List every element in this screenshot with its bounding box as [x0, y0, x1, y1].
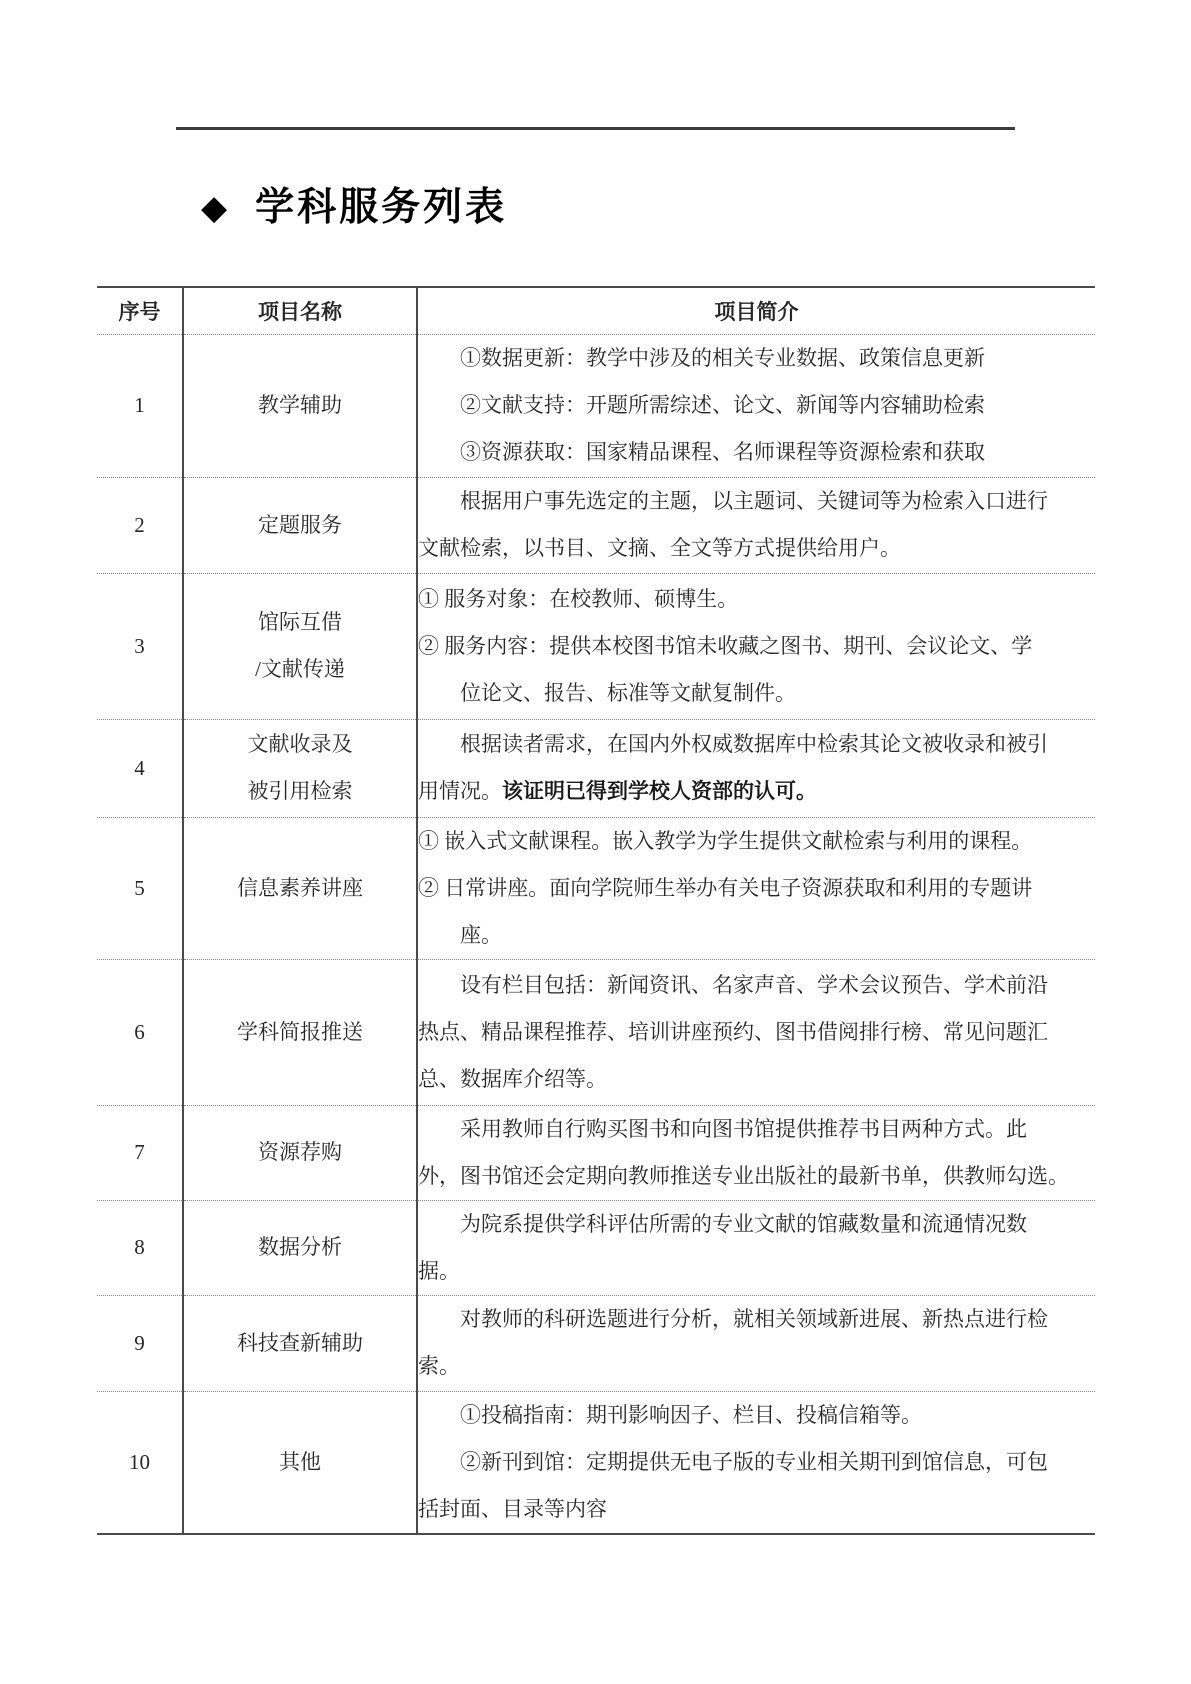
name-line: /文献传递 [184, 646, 416, 693]
name-line: 定题服务 [184, 502, 416, 549]
desc-line: ①投稿指南：期刊影响因子、栏目、投稿信箱等。 [418, 1392, 1095, 1439]
desc-line: 对教师的科研选题进行分析，就相关领域新进展、新热点进行检 [418, 1296, 1095, 1343]
table-row: 6 学科简报推送 设有栏目包括：新闻资讯、名家声音、学术会议预告、学术前沿 热点… [97, 959, 1095, 1105]
project-desc-cell: 采用教师自行购买图书和向图书馆提供推荐书目两种方式。此 外，图书馆还会定期向教师… [417, 1105, 1095, 1200]
service-table: 序号 项目名称 项目简介 1 教学辅助 ①数据更新：教学中涉及的相关专业数据、政… [97, 286, 1095, 1535]
row-number-cell: 4 [97, 719, 183, 817]
table-row: 7 资源荐购 采用教师自行购买图书和向图书馆提供推荐书目两种方式。此 外，图书馆… [97, 1105, 1095, 1200]
desc-line: 位论文、报告、标准等文献复制件。 [418, 670, 1095, 717]
row-number-cell: 3 [97, 573, 183, 719]
desc-line: 文献检索，以书目、文摘、全文等方式提供给用户。 [418, 525, 1095, 572]
desc-line: 用情况。该证明已得到学校人资部的认可。 [418, 768, 1095, 815]
name-line: 被引用检索 [184, 768, 416, 815]
desc-line: ② 日常讲座。面向学院师生举办有关电子资源获取和利用的专题讲 [418, 865, 1095, 912]
diamond-bullet-icon: ◆ [201, 183, 227, 233]
table-row: 8 数据分析 为院系提供学科评估所需的专业文献的馆藏数量和流通情况数 据。 [97, 1200, 1095, 1295]
row-number-cell: 7 [97, 1105, 183, 1200]
desc-line: ②文献支持：开题所需综述、论文、新闻等内容辅助检索 [418, 382, 1095, 429]
col-header-name: 项目名称 [183, 287, 417, 334]
table-row: 5 信息素养讲座 ① 嵌入式文献课程。嵌入教学为学生提供文献检索与利用的课程。 … [97, 817, 1095, 959]
name-line: 其他 [184, 1439, 416, 1486]
desc-line: 设有栏目包括：新闻资讯、名家声音、学术会议预告、学术前沿 [418, 962, 1095, 1009]
desc-line: 采用教师自行购买图书和向图书馆提供推荐书目两种方式。此 [418, 1106, 1095, 1153]
row-number-cell: 1 [97, 334, 183, 477]
project-desc-cell: 根据读者需求，在国内外权威数据库中检索其论文被收录和被引 用情况。该证明已得到学… [417, 719, 1095, 817]
project-desc-cell: ① 嵌入式文献课程。嵌入教学为学生提供文献检索与利用的课程。 ② 日常讲座。面向… [417, 817, 1095, 959]
desc-line: 根据读者需求，在国内外权威数据库中检索其论文被收录和被引 [418, 721, 1095, 768]
table-row: 2 定题服务 根据用户事先选定的主题，以主题词、关键词等为检索入口进行 文献检索… [97, 477, 1095, 573]
project-desc-cell: 设有栏目包括：新闻资讯、名家声音、学术会议预告、学术前沿 热点、精品课程推荐、培… [417, 959, 1095, 1105]
row-number-cell: 5 [97, 817, 183, 959]
desc-line: ② 服务内容：提供本校图书馆未收藏之图书、期刊、会议论文、学 [418, 623, 1095, 670]
name-line: 数据分析 [184, 1224, 416, 1271]
col-header-desc: 项目简介 [417, 287, 1095, 334]
desc-line: ③资源获取：国家精品课程、名师课程等资源检索和获取 [418, 429, 1095, 476]
col-header-no: 序号 [97, 287, 183, 334]
desc-line: 括封面、目录等内容 [418, 1486, 1095, 1533]
project-name-cell: 科技查新辅助 [183, 1295, 417, 1391]
project-name-cell: 其他 [183, 1391, 417, 1534]
desc-line: 据。 [418, 1248, 1095, 1295]
document-page: ◆ 学科服务列表 序号 项目名称 项目简介 1 教学辅助 ①数据更新：教学中涉及… [0, 0, 1191, 1684]
name-line: 教学辅助 [184, 382, 416, 429]
table-row: 3 馆际互借 /文献传递 ① 服务对象：在校教师、硕博生。 ② 服务内容：提供本… [97, 573, 1095, 719]
table-row: 9 科技查新辅助 对教师的科研选题进行分析，就相关领域新进展、新热点进行检 索。 [97, 1295, 1095, 1391]
project-name-cell: 馆际互借 /文献传递 [183, 573, 417, 719]
project-desc-cell: 为院系提供学科评估所需的专业文献的馆藏数量和流通情况数 据。 [417, 1200, 1095, 1295]
row-number-cell: 8 [97, 1200, 183, 1295]
row-number-cell: 2 [97, 477, 183, 573]
desc-line: ①数据更新：教学中涉及的相关专业数据、政策信息更新 [418, 335, 1095, 382]
project-name-cell: 教学辅助 [183, 334, 417, 477]
desc-line: 为院系提供学科评估所需的专业文献的馆藏数量和流通情况数 [418, 1201, 1095, 1248]
table-row: 10 其他 ①投稿指南：期刊影响因子、栏目、投稿信箱等。 ②新刊到馆：定期提供无… [97, 1391, 1095, 1534]
section-title: ◆ 学科服务列表 [201, 183, 507, 233]
desc-bold-note: 该证明已得到学校人资部的认可。 [502, 779, 817, 803]
project-desc-cell: 根据用户事先选定的主题，以主题词、关键词等为检索入口进行 文献检索，以书目、文摘… [417, 477, 1095, 573]
desc-line: 根据用户事先选定的主题，以主题词、关键词等为检索入口进行 [418, 478, 1095, 525]
desc-line: 座。 [418, 912, 1095, 959]
project-name-cell: 定题服务 [183, 477, 417, 573]
desc-line: 索。 [418, 1343, 1095, 1390]
desc-line: ②新刊到馆：定期提供无电子版的专业相关期刊到馆信息，可包 [418, 1439, 1095, 1486]
project-name-cell: 数据分析 [183, 1200, 417, 1295]
project-desc-cell: 对教师的科研选题进行分析，就相关领域新进展、新热点进行检 索。 [417, 1295, 1095, 1391]
row-number-cell: 6 [97, 959, 183, 1105]
project-name-cell: 学科简报推送 [183, 959, 417, 1105]
desc-line: ① 服务对象：在校教师、硕博生。 [418, 576, 1095, 623]
section-title-text: 学科服务列表 [255, 183, 507, 233]
project-desc-cell: ① 服务对象：在校教师、硕博生。 ② 服务内容：提供本校图书馆未收藏之图书、期刊… [417, 573, 1095, 719]
project-desc-cell: ①投稿指南：期刊影响因子、栏目、投稿信箱等。 ②新刊到馆：定期提供无电子版的专业… [417, 1391, 1095, 1534]
desc-line-normal: 用情况。 [418, 779, 502, 803]
row-number-cell: 10 [97, 1391, 183, 1534]
project-name-cell: 资源荐购 [183, 1105, 417, 1200]
desc-line: 外，图书馆还会定期向教师推送专业出版社的最新书单，供教师勾选。 [418, 1153, 1095, 1200]
row-number-cell: 9 [97, 1295, 183, 1391]
project-desc-cell: ①数据更新：教学中涉及的相关专业数据、政策信息更新 ②文献支持：开题所需综述、论… [417, 334, 1095, 477]
name-line: 科技查新辅助 [184, 1320, 416, 1367]
page-header-rule [176, 127, 1015, 130]
name-line: 文献收录及 [184, 721, 416, 768]
name-line: 学科简报推送 [184, 1009, 416, 1056]
name-line: 信息素养讲座 [184, 865, 416, 912]
table-header-row: 序号 项目名称 项目简介 [97, 287, 1095, 334]
table-row: 4 文献收录及 被引用检索 根据读者需求，在国内外权威数据库中检索其论文被收录和… [97, 719, 1095, 817]
table-row: 1 教学辅助 ①数据更新：教学中涉及的相关专业数据、政策信息更新 ②文献支持：开… [97, 334, 1095, 477]
desc-line: 总、数据库介绍等。 [418, 1056, 1095, 1103]
name-line: 馆际互借 [184, 599, 416, 646]
project-name-cell: 信息素养讲座 [183, 817, 417, 959]
desc-line: 热点、精品课程推荐、培训讲座预约、图书借阅排行榜、常见问题汇 [418, 1009, 1095, 1056]
name-line: 资源荐购 [184, 1129, 416, 1176]
desc-line: ① 嵌入式文献课程。嵌入教学为学生提供文献检索与利用的课程。 [418, 818, 1095, 865]
project-name-cell: 文献收录及 被引用检索 [183, 719, 417, 817]
